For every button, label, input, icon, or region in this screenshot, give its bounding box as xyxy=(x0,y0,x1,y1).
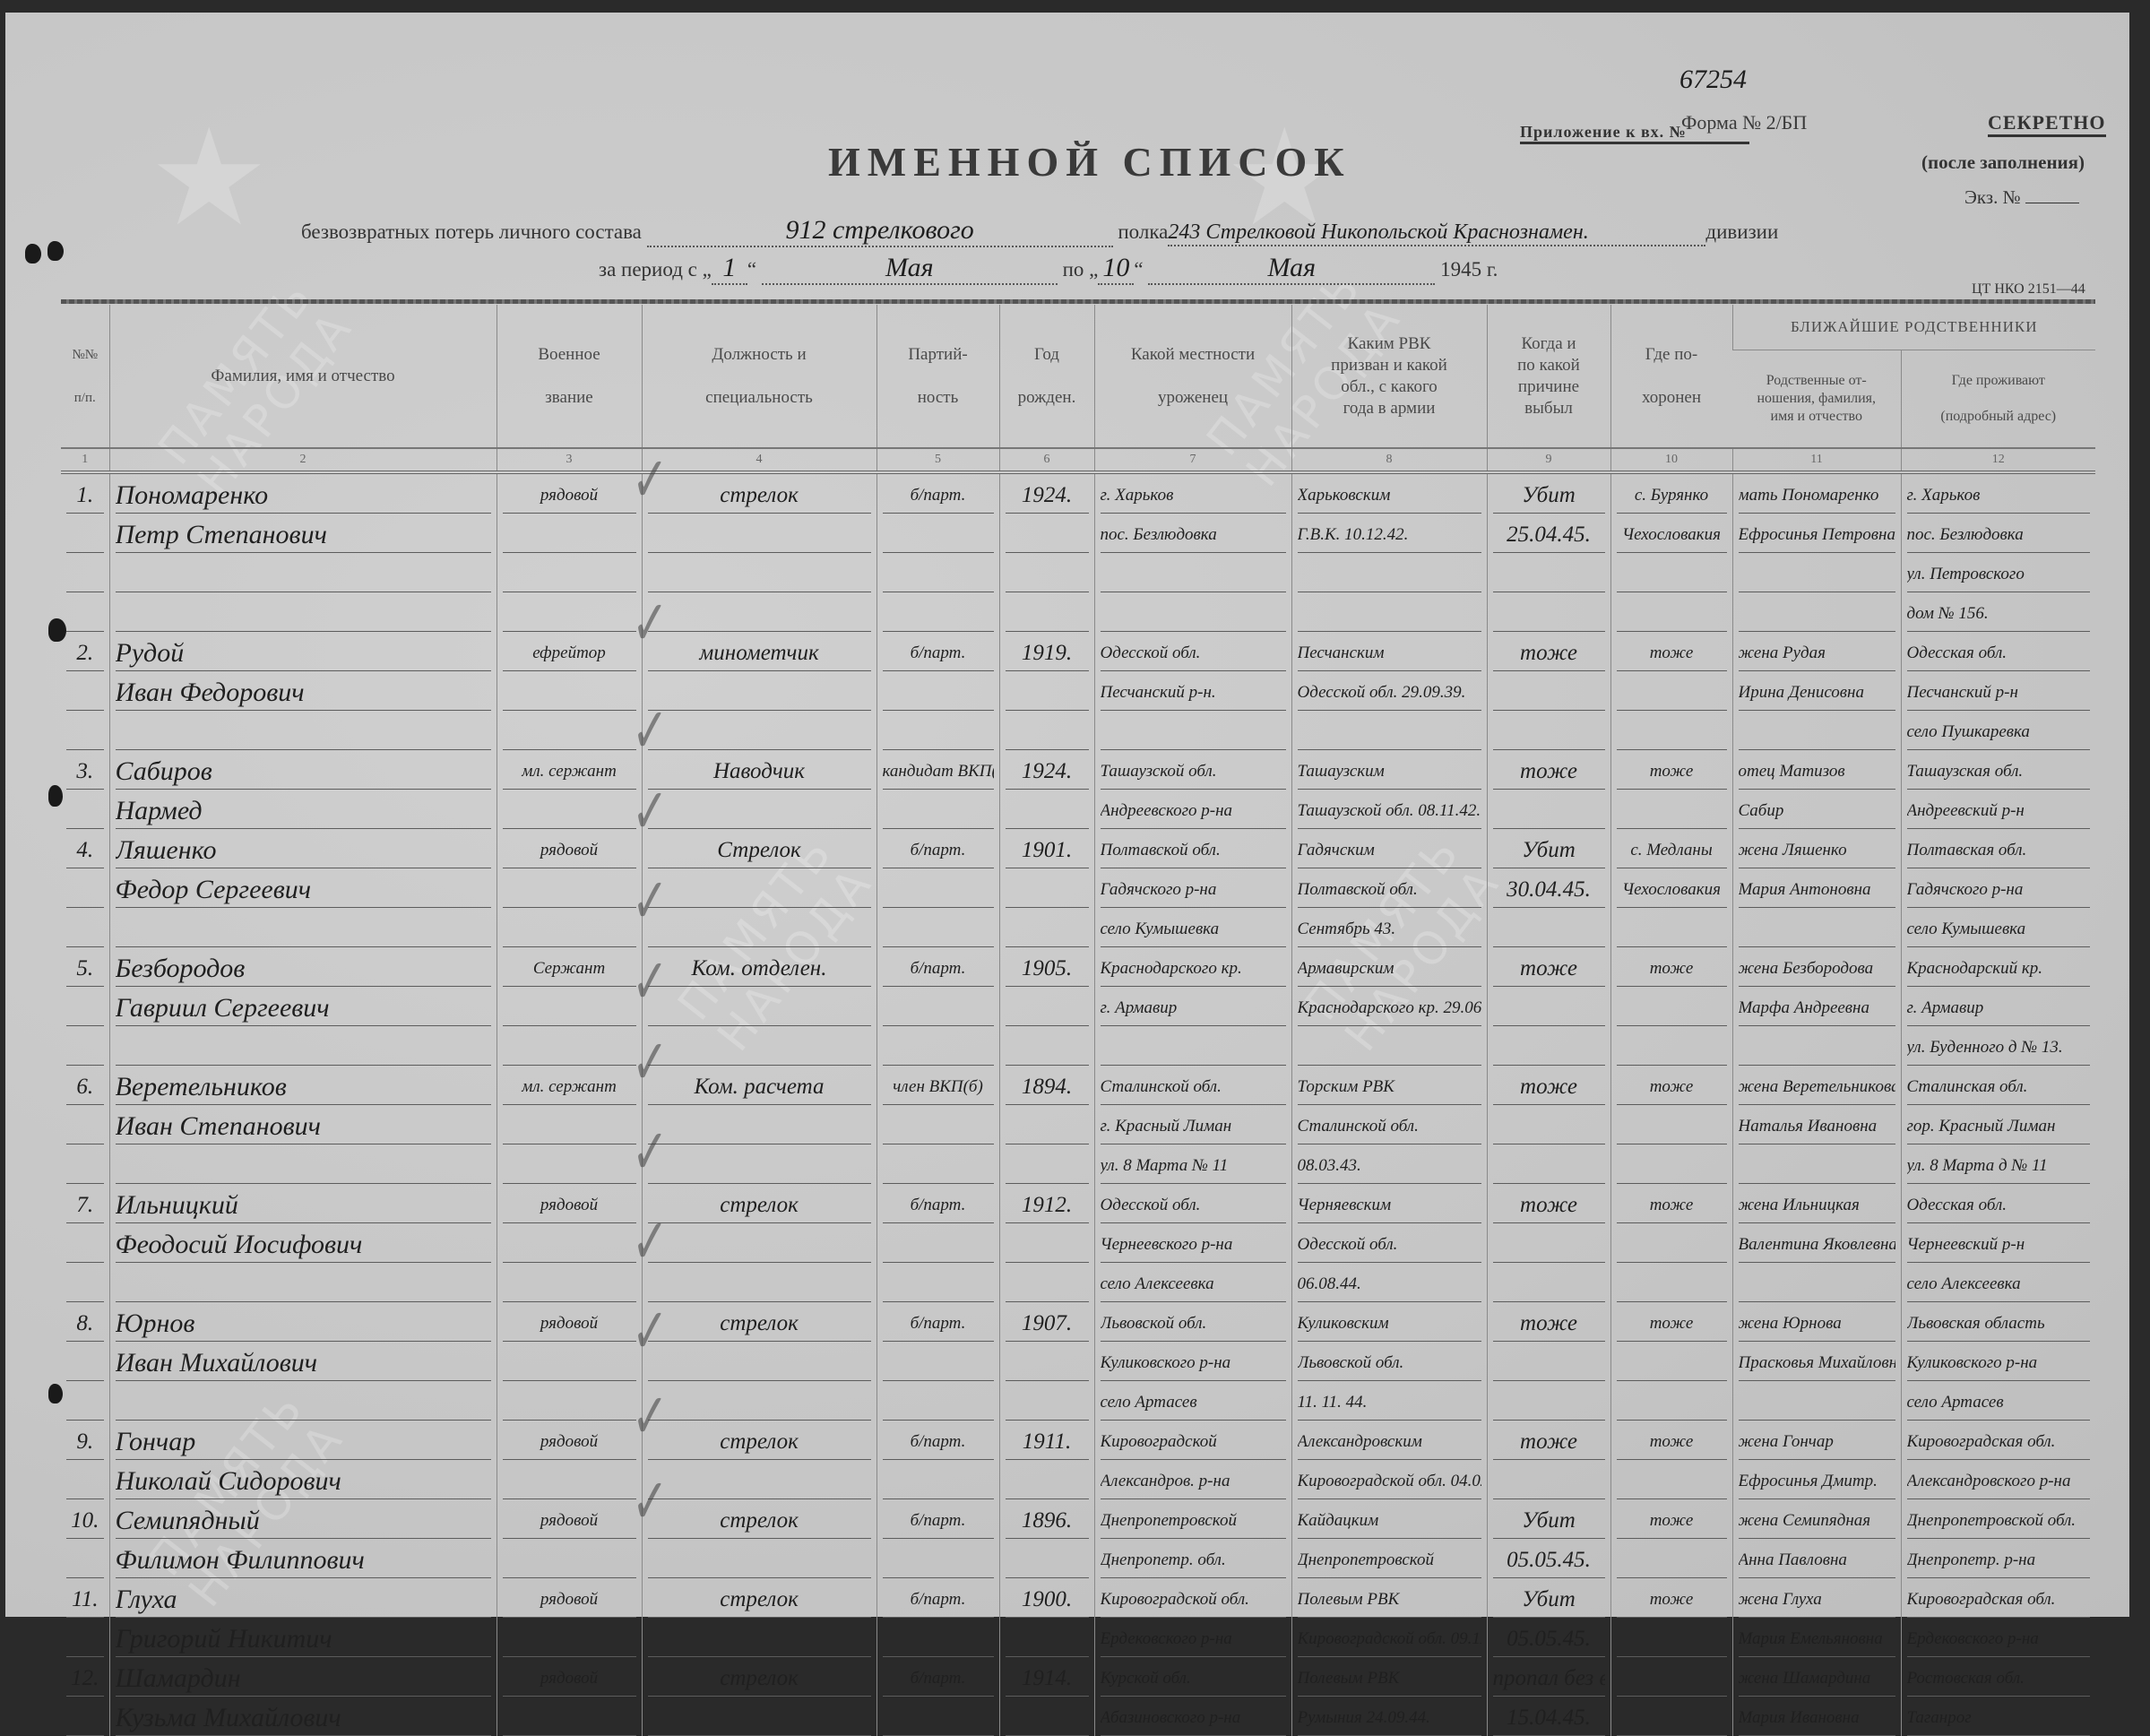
birthplace-text: Чернеевского р-на xyxy=(1101,1223,1286,1263)
relative-address-text: гор. Красный Лиман xyxy=(1907,1105,2091,1144)
cell-row-number: 7. xyxy=(61,1184,109,1302)
burial-place-text: Чехословакия xyxy=(1617,514,1727,553)
blank-line xyxy=(648,1026,871,1066)
cell-birthplace: Кировоградской обл.Ердековского р-на xyxy=(1094,1578,1291,1619)
blank-line xyxy=(503,1223,636,1263)
cell-departure-reason: Убит05.05.45. xyxy=(1487,1499,1610,1578)
draft-office-text: Полтавской обл. xyxy=(1298,868,1481,908)
blank-line xyxy=(1493,1381,1605,1421)
birthplace-text: Львовской обл. xyxy=(1101,1302,1286,1342)
col-number: 8 xyxy=(1291,448,1487,472)
blank-line xyxy=(883,671,994,711)
relative-name-text: жена Семипядная xyxy=(1739,1499,1895,1539)
cell-relative-address: Полтавская обл.Гадячского р-насело Кумыш… xyxy=(1901,829,2095,947)
blank-line xyxy=(1006,868,1089,908)
blank-line xyxy=(1101,1026,1286,1066)
period-from-month: Мая xyxy=(885,253,934,282)
burial-place-text: тоже xyxy=(1617,1184,1727,1223)
relative-address-text: Полтавская обл. xyxy=(1907,829,2091,868)
burial-place-text xyxy=(1617,671,1727,711)
relative-address-text: Львовская область xyxy=(1907,1302,2091,1342)
military-rank-text: рядовой xyxy=(503,829,636,868)
blank-line xyxy=(1617,1026,1727,1066)
cell-military-rank: рядовой xyxy=(496,1499,642,1578)
cell-burial-place: тоже xyxy=(1610,750,1732,829)
cell-departure-reason: тоже xyxy=(1487,632,1610,750)
table-row: 11.ГлухаГригорий Никитичрядовойстрелокб/… xyxy=(61,1578,2095,1619)
cell-row-number: 6. xyxy=(61,1066,109,1184)
cell-draft-office: КайдацкимДнепропетровской xyxy=(1291,1499,1487,1578)
burial-place-text xyxy=(1617,987,1727,1026)
burial-place-text: с. Медланы xyxy=(1617,829,1727,868)
blank-line xyxy=(1617,1144,1727,1184)
relative-address-text: Кировоградская обл. xyxy=(1907,1421,2091,1460)
blank-line xyxy=(883,553,994,592)
birthplace-text: Александров. р-на xyxy=(1101,1460,1286,1499)
soldier-name-text: Рудой xyxy=(116,632,491,671)
classification-note: (после заполнения) xyxy=(1921,151,2085,174)
departure-reason-text xyxy=(1493,790,1605,829)
soldier-name-text: Филимон Филиппович xyxy=(116,1539,491,1578)
cell-birthplace: Сталинской обл.г. Красный Лиманул. 8 Мар… xyxy=(1094,1066,1291,1184)
birthplace-text: Днепропетр. обл. xyxy=(1101,1539,1286,1578)
blank-line xyxy=(883,711,994,750)
cell-departure-reason: Убит25.04.45. xyxy=(1487,472,1610,632)
relative-name-text: жена Рудая xyxy=(1739,632,1895,671)
blank-line xyxy=(66,592,104,632)
cell-relative-address: Львовская областьКуликовского р-насело А… xyxy=(1901,1302,2095,1421)
blank-line xyxy=(66,1263,104,1302)
cell-relative-name: жена РудаяИрина Денисовна xyxy=(1732,632,1901,750)
relative-address-text: Андреевский р-н xyxy=(1907,790,2091,829)
burial-place-text: тоже xyxy=(1617,1499,1727,1539)
cell-birth-year: 1905. xyxy=(999,947,1094,1066)
cell-relative-name: жена БезбородоваМарфа Андреевна xyxy=(1732,947,1901,1066)
relative-name-text: жена Глуха xyxy=(1739,1578,1895,1618)
cell-military-rank: рядовой xyxy=(496,829,642,947)
relative-name-text: Ирина Денисовна xyxy=(1739,671,1895,711)
cell-departure-reason: Убит30.04.45. xyxy=(1487,829,1610,947)
birthplace-text: Песчанский р-н. xyxy=(1101,671,1286,711)
blank-line xyxy=(883,592,994,632)
blank-line xyxy=(503,1144,636,1184)
cell-relative-address: г. Харьковпос. Безлюдовкаул. Петровского… xyxy=(1901,472,2095,632)
relative-address-text: пос. Безлюдовка xyxy=(1907,514,2091,553)
military-rank-text: рядовой xyxy=(503,1499,636,1539)
blank-line xyxy=(1298,592,1481,632)
burial-place-text xyxy=(1617,1539,1727,1578)
cell-draft-office: ТашаузскимТашаузской обл. 08.11.42. xyxy=(1291,750,1487,829)
cell-burial-place: тоже xyxy=(1610,1184,1732,1302)
birth-year-text: 1924. xyxy=(1006,750,1089,790)
col-group-relatives: БЛИЖАЙШИЕ РОДСТВЕННИКИ xyxy=(1732,305,2095,350)
military-rank-text: рядовой xyxy=(503,1184,636,1223)
incoming-stamp: Приложение к вх. № xyxy=(1520,123,1749,144)
cell-soldier-name: БезбородовГавриил Сергеевич xyxy=(109,947,496,1066)
position-text: Ком. отделен. xyxy=(648,947,871,987)
cell-birthplace: Одесской обл.Песчанский р-н. xyxy=(1094,632,1291,750)
blank-line xyxy=(1006,1539,1089,1578)
cell-burial-place: тоже xyxy=(1610,1499,1732,1578)
table-row: 9.ГончарНиколай Сидоровичрядовойстрелокб… xyxy=(61,1421,2095,1499)
col-number: 5 xyxy=(876,448,999,472)
cell-party-membership: б/парт. xyxy=(876,829,999,947)
blank-line xyxy=(1739,1263,1895,1302)
soldier-name-text: Пономаренко xyxy=(116,474,491,514)
blank-line xyxy=(1298,1026,1481,1066)
col-number: 11 xyxy=(1732,448,1901,472)
blank-line xyxy=(648,1105,871,1144)
cell-draft-office: ГадячскимПолтавской обл.Сентябрь 43. xyxy=(1291,829,1487,947)
row-number-text: 10. xyxy=(66,1499,104,1539)
cell-position: стрелок xyxy=(642,1302,876,1421)
blank-line xyxy=(883,1539,994,1578)
military-rank-text: рядовой xyxy=(503,474,636,514)
blank-line xyxy=(1739,1026,1895,1066)
cell-relative-name: жена СемипяднаяАнна Павловна xyxy=(1732,1499,1901,1578)
draft-office-text: Одесской обл. xyxy=(1298,1223,1481,1263)
blank-line xyxy=(116,1381,491,1421)
cell-draft-office: ХарьковскимГ.В.К. 10.12.42. xyxy=(1291,472,1487,632)
cell-row-number: 9. xyxy=(61,1421,109,1499)
party-membership-text: б/парт. xyxy=(883,1499,994,1539)
cell-party-membership: б/парт. xyxy=(876,472,999,632)
cell-draft-office: ПесчанскимОдесской обл. 29.09.39. xyxy=(1291,632,1487,750)
cell-soldier-name: СемипядныйФилимон Филиппович xyxy=(109,1499,496,1578)
row-number-text: 7. xyxy=(66,1184,104,1223)
party-membership-text: б/парт. xyxy=(883,1578,994,1618)
relative-address-text: ул. 8 Марта д № 11 xyxy=(1907,1144,2091,1184)
row-number-text: 8. xyxy=(66,1302,104,1342)
blank-line xyxy=(1739,711,1895,750)
birthplace-text: Одесской обл. xyxy=(1101,1184,1286,1223)
blank-line xyxy=(1617,1381,1727,1421)
blank-line xyxy=(1006,1026,1089,1066)
burial-place-text xyxy=(1617,1342,1727,1381)
draft-office-text: Г.В.К. 10.12.42. xyxy=(1298,514,1481,553)
blank-line xyxy=(66,1342,104,1381)
table-row: 1.ПономаренкоПетр Степановичрядовойстрел… xyxy=(61,472,2095,632)
cell-relative-name: жена ЮрноваПрасковья Михайловна xyxy=(1732,1302,1901,1421)
blank-line xyxy=(116,1026,491,1066)
cell-relative-name: мать ПономаренкоЕфросинья Петровна xyxy=(1732,472,1901,632)
cell-row-number: 2. xyxy=(61,632,109,750)
blank-line xyxy=(503,592,636,632)
relative-address-text: г. Харьков xyxy=(1907,474,2091,514)
blank-line xyxy=(883,1381,994,1421)
blank-line xyxy=(503,1026,636,1066)
soldier-name-text: Феодосий Иосифович xyxy=(116,1223,491,1263)
burial-place-text: с. Бурянко xyxy=(1617,474,1727,514)
cell-birth-year: 1919. xyxy=(999,632,1094,750)
table-row: 6.ВеретельниковИван Степановичмл. сержан… xyxy=(61,1066,2095,1184)
blank-line xyxy=(648,592,871,632)
blank-line xyxy=(883,1105,994,1144)
relative-name-text: Анна Павловна xyxy=(1739,1539,1895,1578)
cell-draft-office: Торским РВКСталинской обл.08.03.43. xyxy=(1291,1066,1487,1184)
cell-birth-year: 1912. xyxy=(999,1184,1094,1302)
blank-line xyxy=(1298,711,1481,750)
birth-year-text: 1911. xyxy=(1006,1421,1089,1460)
birthplace-text: пос. Безлюдовка xyxy=(1101,514,1286,553)
blank-line xyxy=(503,987,636,1026)
blank-line xyxy=(66,1539,104,1578)
birthplace-text: Полтавской обл. xyxy=(1101,829,1286,868)
blank-line xyxy=(1006,908,1089,947)
soldier-name-text: Юрнов xyxy=(116,1302,491,1342)
departure-reason-text: Убит xyxy=(1493,474,1605,514)
pencil-checkmark-icon: ✓ xyxy=(632,1025,669,1099)
blank-line xyxy=(503,1460,636,1499)
blank-line xyxy=(503,711,636,750)
blank-line xyxy=(648,1223,871,1263)
blank-line xyxy=(883,1144,994,1184)
cell-position: стрелок xyxy=(642,472,876,632)
birth-year-text: 1919. xyxy=(1006,632,1089,671)
blank-line xyxy=(1006,987,1089,1026)
blank-line xyxy=(503,1381,636,1421)
blank-line xyxy=(1006,514,1089,553)
relative-address-text: Одесская обл. xyxy=(1907,1184,2091,1223)
blank-line xyxy=(648,514,871,553)
departure-reason-text xyxy=(1493,987,1605,1026)
soldier-name-text: Иван Михайлович xyxy=(116,1342,491,1381)
relative-address-text: село Пушкаревка xyxy=(1907,711,2091,750)
blank-line xyxy=(116,1144,491,1184)
military-rank-text: мл. сержант xyxy=(503,750,636,790)
burial-place-text: тоже xyxy=(1617,1302,1727,1342)
draft-office-text: Сентябрь 43. xyxy=(1298,908,1481,947)
blank-line xyxy=(1739,592,1895,632)
birth-year-text: 1924. xyxy=(1006,474,1089,514)
burial-place-text xyxy=(1617,1460,1727,1499)
cell-burial-place: тоже xyxy=(1610,1421,1732,1499)
cell-birth-year: 1901. xyxy=(999,829,1094,947)
print-code: ЦТ НКО 2151—44 xyxy=(1972,281,2085,298)
page-title: ИМЕННОЙ СПИСОК xyxy=(828,138,1351,186)
blank-line xyxy=(648,1263,871,1302)
blank-line xyxy=(66,711,104,750)
row-number-text: 6. xyxy=(66,1066,104,1105)
birthplace-text: Краснодарского кр. xyxy=(1101,947,1286,987)
cell-military-rank: мл. сержант xyxy=(496,750,642,829)
cell-soldier-name: СабировНармед xyxy=(109,750,496,829)
birthplace-text: Кировоградской обл. xyxy=(1101,1578,1286,1618)
period-to-month: Мая xyxy=(1268,253,1317,282)
departure-reason-text xyxy=(1493,1460,1605,1499)
draft-office-text: Краснодарского кр. 29.06.41. xyxy=(1298,987,1481,1026)
relative-name-text: Наталья Ивановна xyxy=(1739,1105,1895,1144)
blank-line xyxy=(116,711,491,750)
relative-address-text: Песчанский р-н xyxy=(1907,671,2091,711)
col-header-buried: Где по-хоронен xyxy=(1610,305,1732,448)
departure-reason-text: 25.04.45. xyxy=(1493,514,1605,553)
departure-reason-text: тоже xyxy=(1493,1421,1605,1460)
period-from-day: 1 xyxy=(722,253,736,282)
relative-address-text: г. Армавир xyxy=(1907,987,2091,1026)
relative-address-text: Кировоградская обл. xyxy=(1907,1578,2091,1618)
draft-office-text: Куликовским xyxy=(1298,1302,1481,1342)
relative-address-text: Ташаузская обл. xyxy=(1907,750,2091,790)
blank-line xyxy=(66,514,104,553)
blank-line xyxy=(883,987,994,1026)
cell-birthplace: Львовской обл.Куликовского р-насело Арта… xyxy=(1094,1302,1291,1421)
blank-line xyxy=(648,553,871,592)
departure-reason-text: Убит xyxy=(1493,829,1605,868)
cell-birth-year: 1911. xyxy=(999,1421,1094,1499)
blank-line xyxy=(1493,908,1605,947)
birth-year-text: 1900. xyxy=(1006,1578,1089,1618)
blank-line xyxy=(1617,908,1727,947)
blank-line xyxy=(1006,1144,1089,1184)
classification-label: СЕКРЕТНО xyxy=(1988,111,2106,137)
relative-address-text: село Алексеевка xyxy=(1907,1263,2091,1302)
birthplace-text: село Алексеевка xyxy=(1101,1263,1286,1302)
cell-military-rank: ефрейтор xyxy=(496,632,642,750)
soldier-name-text: Нармед xyxy=(116,790,491,829)
cell-birthplace: г. Харьковпос. Безлюдовка xyxy=(1094,472,1291,632)
party-membership-text: б/парт. xyxy=(883,1184,994,1223)
blank-line xyxy=(116,553,491,592)
blank-line xyxy=(1101,553,1286,592)
pencil-checkmark-icon: ✓ xyxy=(632,694,669,767)
cell-relative-address: Краснодарский кр.г. Армавирул. Буденного… xyxy=(1901,947,2095,1066)
pencil-checkmark-icon: ✓ xyxy=(632,1294,669,1368)
blank-line xyxy=(648,987,871,1026)
cell-position: минометчик xyxy=(642,632,876,750)
birth-year-text: 1901. xyxy=(1006,829,1089,868)
burial-place-text: тоже xyxy=(1617,632,1727,671)
draft-office-text: Харьковским xyxy=(1298,474,1481,514)
period-year: 1945 xyxy=(1440,258,1481,281)
birthplace-text: Гадячского р-на xyxy=(1101,868,1286,908)
table-row: 4.ЛяшенкоФедор СергеевичрядовойСтрелокб/… xyxy=(61,829,2095,947)
blank-line xyxy=(648,1460,871,1499)
birth-year-text: 1905. xyxy=(1006,947,1089,987)
row-number-text: 3. xyxy=(66,750,104,790)
table-row: 2.РудойИван Федоровичефрейторминометчикб… xyxy=(61,632,2095,750)
departure-reason-text: 05.05.45. xyxy=(1493,1539,1605,1578)
cell-party-membership: б/парт. xyxy=(876,1302,999,1421)
burial-place-text: Чехословакия xyxy=(1617,868,1727,908)
party-membership-text: б/парт. xyxy=(883,474,994,514)
cell-birth-year: 1896. xyxy=(999,1499,1094,1578)
soldier-name-text: Гончар xyxy=(116,1421,491,1460)
cell-birthplace: Полтавской обл.Гадячского р-насело Кумыш… xyxy=(1094,829,1291,947)
military-rank-text: мл. сержант xyxy=(503,1066,636,1105)
cell-position: Стрелок xyxy=(642,829,876,947)
blank-line xyxy=(1006,553,1089,592)
cell-birth-year: 1907. xyxy=(999,1302,1094,1421)
cell-relative-address: Одесская обл.Песчанский р-нсело Пушкарев… xyxy=(1901,632,2095,750)
party-membership-text: б/парт. xyxy=(883,829,994,868)
draft-office-text: Торским РВК xyxy=(1298,1066,1481,1105)
cell-party-membership: б/парт. xyxy=(876,1578,999,1619)
col-header-position: Должность испециальность xyxy=(642,305,876,448)
blank-line xyxy=(1739,553,1895,592)
cell-party-membership: член ВКП(б) xyxy=(876,1066,999,1184)
cell-row-number: 1. xyxy=(61,472,109,632)
burial-place-text: тоже xyxy=(1617,1421,1727,1460)
blank-line xyxy=(1006,790,1089,829)
cell-row-number: 11. xyxy=(61,1578,109,1619)
position-text: минометчик xyxy=(648,632,871,671)
relative-name-text: Мария Антоновна xyxy=(1739,868,1895,908)
departure-reason-text: тоже xyxy=(1493,1066,1605,1105)
cell-position: стрелок xyxy=(642,1499,876,1578)
cell-birth-year: 1924. xyxy=(999,472,1094,632)
draft-office-text: Днепропетровской xyxy=(1298,1539,1481,1578)
cell-party-membership: б/парт. xyxy=(876,632,999,750)
soldier-name-text: Безбородов xyxy=(116,947,491,987)
cell-military-rank: рядовой xyxy=(496,1578,642,1619)
relative-name-text: Валентина Яковлевна xyxy=(1739,1223,1895,1263)
blank-line xyxy=(66,553,104,592)
cell-relative-address: Кировоградская обл.Ердековского р-на xyxy=(1901,1578,2095,1619)
soldier-name-text: Ляшенко xyxy=(116,829,491,868)
pencil-checkmark-icon: ✓ xyxy=(632,1464,669,1538)
blank-line xyxy=(1101,592,1286,632)
cell-military-rank: рядовой xyxy=(496,1421,642,1499)
col-header-name: Фамилия, имя и отчество xyxy=(109,305,496,448)
cell-soldier-name: ПономаренкоПетр Степанович xyxy=(109,472,496,632)
cell-draft-office: Полевым РВККировоградской обл. 09.11.43. xyxy=(1291,1578,1487,1619)
col-header-address: Где проживают(подробный адрес) xyxy=(1901,350,2095,448)
blank-line xyxy=(503,1342,636,1381)
punch-hole xyxy=(25,244,41,263)
party-membership-text: б/парт. xyxy=(883,632,994,671)
regiment-value: 912 стрелкового xyxy=(785,215,973,245)
blank-line xyxy=(503,553,636,592)
cell-military-rank: рядовой xyxy=(496,472,642,632)
blank-line xyxy=(66,1223,104,1263)
cell-position: стрелок xyxy=(642,1578,876,1619)
draft-office-text: Одесской обл. 29.09.39. xyxy=(1298,671,1481,711)
document-sheet: ★ ★ ПАМЯТЬНАРОДА ПАМЯТЬНАРОДА ПАМЯТЬНАРО… xyxy=(5,13,2129,1617)
birthplace-text: Одесской обл. xyxy=(1101,632,1286,671)
col-header-number: №№п/п. xyxy=(61,305,109,448)
cell-party-membership: б/парт. xyxy=(876,1184,999,1302)
cell-position: стрелок xyxy=(642,1184,876,1302)
cell-position: Ком. расчета xyxy=(642,1066,876,1184)
departure-reason-text: тоже xyxy=(1493,1302,1605,1342)
cell-party-membership: б/парт. xyxy=(876,1499,999,1578)
cell-military-rank: Сержант xyxy=(496,947,642,1066)
relative-name-text: отец Матизов xyxy=(1739,750,1895,790)
departure-reason-text: 30.04.45. xyxy=(1493,868,1605,908)
departure-reason-text: тоже xyxy=(1493,947,1605,987)
pencil-checkmark-icon: ✓ xyxy=(632,774,669,848)
position-text: Ком. расчета xyxy=(648,1066,871,1105)
pencil-checkmark-icon: ✓ xyxy=(632,1379,669,1453)
draft-office-text: Черняевским xyxy=(1298,1184,1481,1223)
blank-line xyxy=(648,868,871,908)
departure-reason-text: Убит xyxy=(1493,1499,1605,1539)
blank-line xyxy=(1006,1342,1089,1381)
cell-birthplace: ДнепропетровскойДнепропетр. обл. xyxy=(1094,1499,1291,1578)
soldier-name-text: Иван Федорович xyxy=(116,671,491,711)
cell-draft-office: АлександровскимКировоградской обл. 04.02… xyxy=(1291,1421,1487,1499)
party-membership-text: кандидат ВКП(б) xyxy=(883,750,994,790)
birth-year-text: 1912. xyxy=(1006,1184,1089,1223)
archive-serial-number: 67254 xyxy=(1679,65,1747,95)
blank-line xyxy=(1617,1263,1727,1302)
cell-relative-name: жена ГончарЕфросинья Дмитр. xyxy=(1732,1421,1901,1499)
cell-relative-address: Кировоградская обл.Александровского р-на xyxy=(1901,1421,2095,1499)
col-header-party: Партий-ность xyxy=(876,305,999,448)
blank-line xyxy=(883,908,994,947)
table-row: 7.ИльницкийФеодосий Иосифовичрядовойстре… xyxy=(61,1184,2095,1302)
